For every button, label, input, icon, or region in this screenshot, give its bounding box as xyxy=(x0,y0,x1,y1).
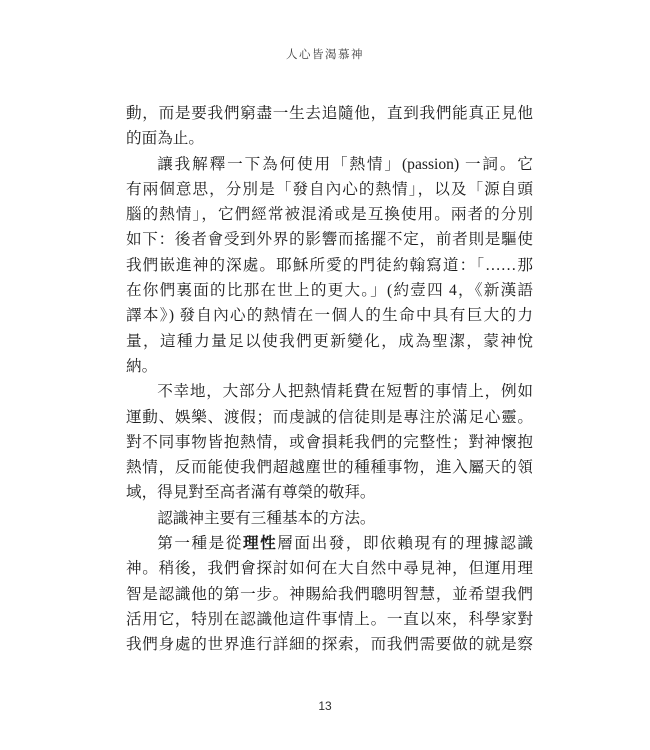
text-segment: 譯本》) 發自內心的熱情在一個人的生命中具有巨大的力 xyxy=(126,307,533,324)
text-segment: 不幸地，大部分人把熱情耗費在短暫的事情上，例如 xyxy=(157,383,533,400)
text-segment: 熱情，反而能使我們超越塵世的種種事物，進入屬天的領 xyxy=(126,459,533,476)
book-page: 人心皆渴慕神 動，而是要我們窮盡一生去追隨他，直到我們能真正見他的面為止。讓我解… xyxy=(0,0,650,750)
emphasized-text: 理性 xyxy=(243,535,277,552)
text-segment: 如下：後者會受到外界的影響而搖擺不定，前者則是驅使 xyxy=(126,231,533,248)
text-segment: 腦的熱情」，它們經常被混淆或是互換使用。兩者的分別 xyxy=(126,206,533,223)
text-segment: 活用它，特別在認識他這件事情上。一直以來，科學家對 xyxy=(126,611,533,628)
text-line: 域，得見對至高者滿有尊榮的敬拜。 xyxy=(126,480,533,505)
text-line: 神。稍後，我們會探討如何在大自然中尋見神，但運用理 xyxy=(126,556,533,581)
text-segment: 運動、娛樂、渡假；而虔誠的信徒則是專注於滿足心靈。 xyxy=(126,409,533,426)
text-line: 有兩個意思，分別是「發自內心的熱情」，以及「源自頭 xyxy=(126,177,533,202)
text-segment: 在你們裏面的比那在世上的更大。」(約壹四 4，《新漢語 xyxy=(126,282,533,299)
text-segment: 納。 xyxy=(126,358,157,375)
text-line: 納。 xyxy=(126,354,533,379)
text-line: 腦的熱情」，它們經常被混淆或是互換使用。兩者的分別 xyxy=(126,202,533,227)
text-line: 我們身處的世界進行詳細的探索，而我們需要做的就是察 xyxy=(126,632,533,657)
text-line: 在你們裏面的比那在世上的更大。」(約壹四 4，《新漢語 xyxy=(126,278,533,303)
text-segment: 我們身處的世界進行詳細的探索，而我們需要做的就是察 xyxy=(126,636,533,653)
text-line: 的面為止。 xyxy=(126,126,533,151)
text-segment: 有兩個意思，分別是「發自內心的熱情」，以及「源自頭 xyxy=(126,181,533,198)
text-line: 第一種是從理性層面出發，即依賴現有的理據認識 xyxy=(126,531,533,556)
body-text: 動，而是要我們窮盡一生去追隨他，直到我們能真正見他的面為止。讓我解釋一下為何使用… xyxy=(126,101,533,658)
text-line: 如下：後者會受到外界的影響而搖擺不定，前者則是驅使 xyxy=(126,227,533,252)
text-segment: 讓我解釋一下為何使用「熱情」(passion) 一詞。它 xyxy=(157,156,533,173)
text-segment: 神。稍後，我們會探討如何在大自然中尋見神，但運用理 xyxy=(126,560,533,577)
text-segment: 第一種是從 xyxy=(157,535,243,552)
text-segment: 認識神主要有三種基本的方法。 xyxy=(157,510,375,527)
text-segment: 動，而是要我們窮盡一生去追隨他，直到我們能真正見他 xyxy=(126,105,533,122)
text-line: 智是認識他的第一步。神賜給我們聰明智慧，並希望我們 xyxy=(126,582,533,607)
text-segment: 層面出發，即依賴現有的理據認識 xyxy=(277,535,533,552)
text-line: 讓我解釋一下為何使用「熱情」(passion) 一詞。它 xyxy=(126,152,533,177)
text-segment: 智是認識他的第一步。神賜給我們聰明智慧，並希望我們 xyxy=(126,586,533,603)
text-segment: 域，得見對至高者滿有尊榮的敬拜。 xyxy=(126,484,376,501)
text-line: 熱情，反而能使我們超越塵世的種種事物，進入屬天的領 xyxy=(126,455,533,480)
page-number: 13 xyxy=(0,699,650,713)
text-segment: 我們嵌進神的深處。耶穌所愛的門徒約翰寫道：「……那 xyxy=(126,257,533,274)
text-line: 認識神主要有三種基本的方法。 xyxy=(126,506,533,531)
text-line: 動，而是要我們窮盡一生去追隨他，直到我們能真正見他 xyxy=(126,101,533,126)
text-line: 譯本》) 發自內心的熱情在一個人的生命中具有巨大的力 xyxy=(126,303,533,328)
text-line: 活用它，特別在認識他這件事情上。一直以來，科學家對 xyxy=(126,607,533,632)
text-line: 我們嵌進神的深處。耶穌所愛的門徒約翰寫道：「……那 xyxy=(126,253,533,278)
text-line: 對不同事物皆抱熱情，或會損耗我們的完整性；對神懷抱 xyxy=(126,430,533,455)
text-segment: 量，這種力量足以使我們更新變化，成為聖潔，蒙神悅 xyxy=(126,333,533,350)
running-header: 人心皆渴慕神 xyxy=(0,46,650,62)
text-segment: 對不同事物皆抱熱情，或會損耗我們的完整性；對神懷抱 xyxy=(126,434,533,451)
text-line: 不幸地，大部分人把熱情耗費在短暫的事情上，例如 xyxy=(126,379,533,404)
text-line: 量，這種力量足以使我們更新變化，成為聖潔，蒙神悅 xyxy=(126,329,533,354)
text-segment: 的面為止。 xyxy=(126,130,204,147)
text-line: 運動、娛樂、渡假；而虔誠的信徒則是專注於滿足心靈。 xyxy=(126,405,533,430)
